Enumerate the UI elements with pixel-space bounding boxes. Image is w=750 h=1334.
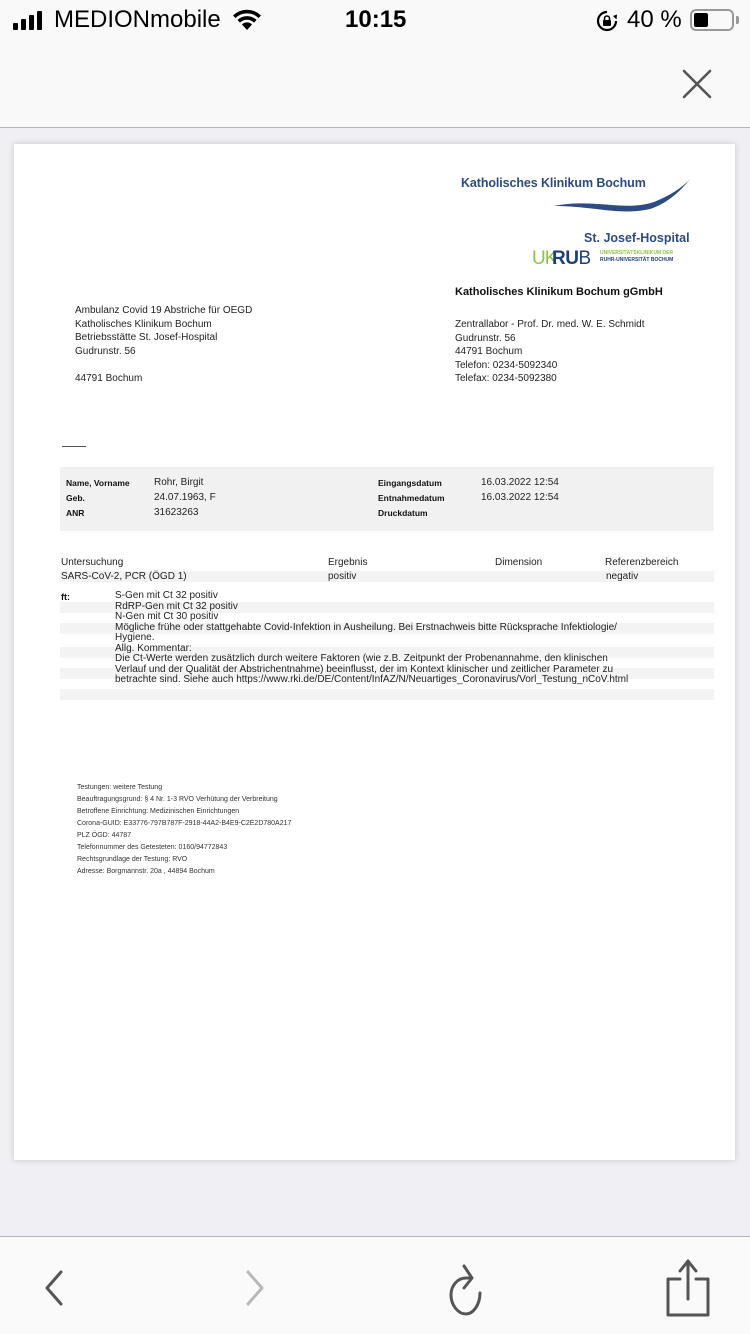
dob-label: Geb. [66,493,85,503]
back-chevron-icon[interactable] [38,1267,72,1307]
battery-icon [690,9,734,31]
address-line: Betriebsstätte St. Josef-Hospital [75,331,252,345]
findings-label: ft: [61,592,70,602]
result-reference: negativ [606,571,638,582]
address-line: Ambulanz Covid 19 Abstriche für OEGD [75,304,252,318]
logo-rub: RUB [552,248,591,270]
info-line: Adresse: Borgmannstr. 20a , 44894 Bochum [77,866,291,878]
patient-info-box: Name, Vorname Rohr, Birgit Geb. 24.07.19… [60,467,714,531]
address-line: Katholisches Klinikum Bochum [75,318,252,332]
findings-line: Die Ct-Werte werden zusätzlich durch wei… [115,654,715,665]
info-line: Corona-GUID: E33776-797B787F-2918-44A2-B… [77,818,291,830]
row-stripe [60,689,714,700]
clock: 10:15 [345,6,406,34]
sample-date-label: Entnahmedatum [378,493,445,503]
divider [62,446,86,447]
viewer-top-bar [0,42,750,128]
result-value: positiv [328,571,356,582]
carrier-name: MEDIONmobile [54,6,221,34]
bottom-toolbar [0,1236,750,1334]
sample-date-value: 16.03.2022 12:54 [481,492,559,503]
dob-value: 24.07.1963, F [154,492,216,503]
findings-line: S-Gen mit Ct 32 positiv [115,591,715,602]
anr-label: ANR [66,508,84,518]
forward-chevron-icon[interactable] [238,1267,272,1307]
recipient-address: Ambulanz Covid 19 Abstriche für OEGD Kat… [75,304,252,385]
lab-address: Zentrallabor - Prof. Dr. med. W. E. Schm… [455,318,645,386]
findings-line: Hygiene. [115,633,715,644]
info-line: Betroffene Einrichtung: Medizinischen Ei… [77,806,291,818]
company-name: Katholisches Klinikum Bochum gGmbH [455,286,663,298]
battery-percent: 40 % [627,6,682,34]
address-line: 44791 Bochum [455,345,645,359]
address-line: Telefax: 0234-5092380 [455,372,645,386]
col-header-test: Untersuchung [61,557,123,568]
print-date-label: Druckdatum [378,508,428,518]
signal-bars-icon [13,11,42,30]
findings-line: Mögliche frühe oder stattgehabte Covid-I… [115,623,715,634]
received-date-label: Eingangsdatum [378,478,442,488]
col-header-result: Ergebnis [328,557,367,568]
wifi-icon [231,8,263,32]
logo-subtitle-line1: UNIVERSITÄTSKLINIKUM DER [600,250,673,257]
logo-hospital-name: St. Josef-Hospital [584,231,690,245]
address-line: 44791 Bochum [75,372,252,386]
document-page[interactable]: Katholisches Klinikum Bochum St. Josef-H… [14,144,735,1160]
info-line: Telefonnummer des Getesteten: 0160/94772… [77,842,291,854]
name-value: Rohr, Birgit [154,477,203,488]
address-line: Zentrallabor - Prof. Dr. med. W. E. Schm… [455,318,645,332]
status-bar: MEDIONmobile 10:15 40 % [0,0,750,42]
info-line: Testungen: weitere Testung [77,782,291,794]
info-line: Beauftragungsgrund: § 4 Nr. 1-3 RVO Verh… [77,794,291,806]
testing-info: Testungen: weitere Testung Beauftragungs… [77,782,291,878]
findings-text: S-Gen mit Ct 32 positiv RdRP-Gen mit Ct … [115,591,715,686]
col-header-dimension: Dimension [495,557,542,568]
logo-swoosh-icon [554,176,694,216]
col-header-reference: Referenzbereich [605,557,678,568]
lab-report: Katholisches Klinikum Bochum St. Josef-H… [14,144,735,1160]
info-line: PLZ ÖGD: 44787 [77,830,291,842]
orientation-lock-icon [595,9,619,33]
received-date-value: 16.03.2022 12:54 [481,477,559,488]
reload-icon[interactable] [440,1259,496,1319]
logo-subtitle-line2: RUHR-UNIVERSITÄT BOCHUM [600,257,673,264]
share-icon[interactable] [660,1255,716,1319]
logo-subtitle: UNIVERSITÄTSKLINIKUM DER RUHR-UNIVERSITÄ… [600,250,673,264]
result-test: SARS-CoV-2, PCR (ÖGD 1) [61,571,187,582]
logo-rub-text: RU [552,248,578,269]
address-line: Telefon: 0234-5092340 [455,359,645,373]
name-label: Name, Vorname [66,478,130,488]
anr-value: 31623263 [154,507,199,518]
close-icon[interactable] [680,67,714,101]
findings-line[interactable]: betrachte sind. Siehe auch https://www.r… [115,675,715,686]
logo-rub-b: B [578,248,590,269]
address-line: Gudrunstr. 56 [75,345,252,359]
battery-tip [736,16,739,24]
address-gap [75,358,252,372]
address-line: Gudrunstr. 56 [455,332,645,346]
findings-line: N-Gen mit Ct 30 positiv [115,612,715,623]
info-line: Rechtsgrundlage der Testung: RVO [77,854,291,866]
